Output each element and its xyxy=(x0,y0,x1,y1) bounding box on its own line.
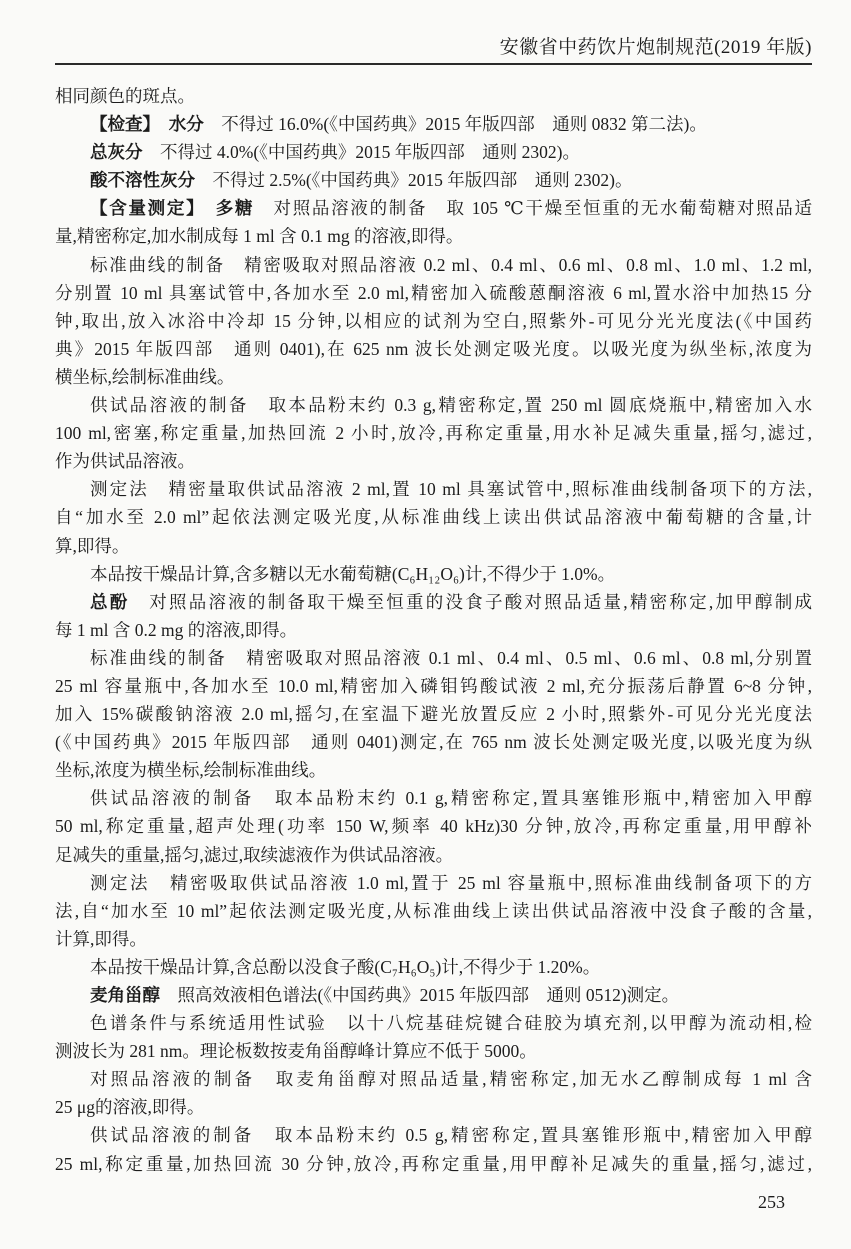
text-run: 25 ml 容量瓶中,各加水至 10.0 ml,精密加入磷钼钨酸试液 2 ml,… xyxy=(55,676,812,696)
text-run: 50 ml,称定重量,超声处理(功率 150 W,频率 40 kHz)30 分钟… xyxy=(55,816,812,836)
document-body: 相同颜色的斑点。【检查】 水分 不得过 16.0%(《中国药典》2015 年版四… xyxy=(55,82,812,1178)
text-run: 本品按干燥品计算,含多糖以无水葡萄糖(C₆H₁₂O₆)计,不得少于 1.0%。 xyxy=(90,564,615,584)
text-run: 测定法 精密吸取供试品溶液 1.0 ml,置于 25 ml 容量瓶中,照标准曲线… xyxy=(90,873,812,893)
text-run: 典》2015 年版四部 通则 0401),在 625 nm 波长处测定吸光度。以… xyxy=(55,339,812,359)
text-line: 总灰分 不得过 4.0%(《中国药典》2015 年版四部 通则 2302)。 xyxy=(55,138,812,166)
text-line: 加入 15%碳酸钠溶液 2.0 ml,摇匀,在室温下避光放置反应 2 小时,照紫… xyxy=(55,700,812,728)
text-run: 色谱条件与系统适用性试验 以十八烷基硅烷键合硅胶为填充剂,以甲醇为流动相,检 xyxy=(90,1013,812,1033)
text-line: 25 μg的溶液,即得。 xyxy=(55,1093,812,1121)
page-number: 253 xyxy=(55,1192,785,1213)
text-line: 法,自“加水至 10 ml”起依法测定吸光度,从标准曲线上读出供试品溶液中没食子… xyxy=(55,897,812,925)
text-line: 每 1 ml 含 0.2 mg 的溶液,即得。 xyxy=(55,616,812,644)
text-line: 测定法 精密吸取供试品溶液 1.0 ml,置于 25 ml 容量瓶中,照标准曲线… xyxy=(55,869,812,897)
text-line: 麦角甾醇 照高效液相色谱法(《中国药典》2015 年版四部 通则 0512)测定… xyxy=(55,981,812,1009)
text-line: 算,即得。 xyxy=(55,532,812,560)
text-line: 本品按干燥品计算,含总酚以没食子酸(C₇H₆O₅)计,不得少于 1.20%。 xyxy=(55,953,812,981)
text-line: 分别置 10 ml 具塞试管中,各加水至 2.0 ml,精密加入硫酸蒽酮溶液 6… xyxy=(55,279,812,307)
text-run: 不得过 2.5%(《中国药典》2015 年版四部 通则 2302)。 xyxy=(195,170,632,190)
text-line: 供试品溶液的制备 取本品粉末约 0.1 g,精密称定,置具塞锥形瓶中,精密加入甲… xyxy=(55,784,812,812)
text-line: 100 ml,密塞,称定重量,加热回流 2 小时,放冷,再称定重量,用水补足减失… xyxy=(55,419,812,447)
text-run: 供试品溶液的制备 取本品粉末约 0.1 g,精密称定,置具塞锥形瓶中,精密加入甲… xyxy=(90,788,812,808)
text-line: 色谱条件与系统适用性试验 以十八烷基硅烷键合硅胶为填充剂,以甲醇为流动相,检 xyxy=(55,1009,812,1037)
text-run: 标准曲线的制备 精密吸取对照品溶液 0.1 ml、0.4 ml、0.5 ml、0… xyxy=(90,648,812,668)
text-run: 25 ml,称定重量,加热回流 30 分钟,放冷,再称定重量,用甲醇补足减失的重… xyxy=(55,1154,812,1174)
text-line: 【含量测定】 多糖 对照品溶液的制备 取 105 ℃干燥至恒重的无水葡萄糖对照品… xyxy=(55,194,812,222)
text-line: 典》2015 年版四部 通则 0401),在 625 nm 波长处测定吸光度。以… xyxy=(55,335,812,363)
text-run: 分别置 10 ml 具塞试管中,各加水至 2.0 ml,精密加入硫酸蒽酮溶液 6… xyxy=(55,283,812,303)
text-run: 25 μg的溶液,即得。 xyxy=(55,1097,204,1117)
text-line: 标准曲线的制备 精密吸取对照品溶液 0.2 ml、0.4 ml、0.6 ml、0… xyxy=(55,251,812,279)
text-run: 加入 15%碳酸钠溶液 2.0 ml,摇匀,在室温下避光放置反应 2 小时,照紫… xyxy=(55,704,812,724)
text-run: 相同颜色的斑点。 xyxy=(55,86,195,106)
text-run: 钟,取出,放入冰浴中冷却 15 分钟,以相应的试剂为空白,照紫外-可见分光光度法… xyxy=(55,311,812,331)
text-line: 总酚 对照品溶液的制备取干燥至恒重的没食子酸对照品适量,精密称定,加甲醇制成 xyxy=(55,588,812,616)
text-run: 标准曲线的制备 精密吸取对照品溶液 0.2 ml、0.4 ml、0.6 ml、0… xyxy=(90,255,812,275)
page-header: 安徽省中药饮片炮制规范(2019 年版) xyxy=(55,32,812,59)
text-line: 供试品溶液的制备 取本品粉末约 0.5 g,精密称定,置具塞锥形瓶中,精密加入甲… xyxy=(55,1121,812,1149)
text-line: 【检查】 水分 不得过 16.0%(《中国药典》2015 年版四部 通则 083… xyxy=(55,110,812,138)
bold-heading: 总酚 xyxy=(90,592,130,612)
text-line: 量,精密称定,加水制成每 1 ml 含 0.1 mg 的溶液,即得。 xyxy=(55,222,812,250)
text-line: 足减失的重量,摇匀,滤过,取续滤液作为供试品溶液。 xyxy=(55,841,812,869)
text-run: 每 1 ml 含 0.2 mg 的溶液,即得。 xyxy=(55,620,297,640)
text-line: 作为供试品溶液。 xyxy=(55,447,812,475)
text-run: 坐标,浓度为横坐标,绘制标准曲线。 xyxy=(55,760,326,780)
text-run: 对照品溶液的制备 取 105 ℃干燥至恒重的无水葡萄糖对照品适 xyxy=(254,198,812,218)
text-run: 足减失的重量,摇匀,滤过,取续滤液作为供试品溶液。 xyxy=(55,845,453,865)
text-run: 100 ml,密塞,称定重量,加热回流 2 小时,放冷,再称定重量,用水补足减失… xyxy=(55,423,812,443)
text-run: 供试品溶液的制备 取本品粉末约 0.5 g,精密称定,置具塞锥形瓶中,精密加入甲… xyxy=(90,1125,812,1145)
text-run: 不得过 16.0%(《中国药典》2015 年版四部 通则 0832 第二法)。 xyxy=(204,114,707,134)
text-line: 相同颜色的斑点。 xyxy=(55,82,812,110)
document-page: 安徽省中药饮片炮制规范(2019 年版) 相同颜色的斑点。【检查】 水分 不得过… xyxy=(0,0,851,1249)
bold-heading: 酸不溶性灰分 xyxy=(90,170,195,190)
text-line: 本品按干燥品计算,含多糖以无水葡萄糖(C₆H₁₂O₆)计,不得少于 1.0%。 xyxy=(55,560,812,588)
text-run: 不得过 4.0%(《中国药典》2015 年版四部 通则 2302)。 xyxy=(143,142,580,162)
text-run: 计算,即得。 xyxy=(55,929,147,949)
text-line: (《中国药典》2015 年版四部 通则 0401)测定,在 765 nm 波长处… xyxy=(55,728,812,756)
text-line: 50 ml,称定重量,超声处理(功率 150 W,频率 40 kHz)30 分钟… xyxy=(55,812,812,840)
bold-heading: 【检查】 水分 xyxy=(90,114,204,134)
running-title: 安徽省中药饮片炮制规范(2019 年版) xyxy=(500,37,812,58)
text-run: 对照品溶液的制备 取麦角甾醇对照品适量,精密称定,加无水乙醇制成每 1 ml 含 xyxy=(90,1069,812,1089)
text-run: 照高效液相色谱法(《中国药典》2015 年版四部 通则 0512)测定。 xyxy=(160,985,679,1005)
text-line: 计算,即得。 xyxy=(55,925,812,953)
text-run: 作为供试品溶液。 xyxy=(55,451,195,471)
text-line: 测波长为 281 nm。理论板数按麦角甾醇峰计算应不低于 5000。 xyxy=(55,1037,812,1065)
text-run: 对照品溶液的制备取干燥至恒重的没食子酸对照品适量,精密称定,加甲醇制成 xyxy=(130,592,813,612)
text-line: 25 ml,称定重量,加热回流 30 分钟,放冷,再称定重量,用甲醇补足减失的重… xyxy=(55,1150,812,1178)
header-rule xyxy=(55,63,812,65)
bold-heading: 【含量测定】 多糖 xyxy=(90,198,254,218)
text-line: 标准曲线的制备 精密吸取对照品溶液 0.1 ml、0.4 ml、0.5 ml、0… xyxy=(55,644,812,672)
text-run: 本品按干燥品计算,含总酚以没食子酸(C₇H₆O₅)计,不得少于 1.20%。 xyxy=(90,957,600,977)
text-line: 对照品溶液的制备 取麦角甾醇对照品适量,精密称定,加无水乙醇制成每 1 ml 含 xyxy=(55,1065,812,1093)
text-line: 25 ml 容量瓶中,各加水至 10.0 ml,精密加入磷钼钨酸试液 2 ml,… xyxy=(55,672,812,700)
text-run: (《中国药典》2015 年版四部 通则 0401)测定,在 765 nm 波长处… xyxy=(55,732,812,752)
text-line: 横坐标,绘制标准曲线。 xyxy=(55,363,812,391)
text-line: 供试品溶液的制备 取本品粉末约 0.3 g,精密称定,置 250 ml 圆底烧瓶… xyxy=(55,391,812,419)
text-run: 法,自“加水至 10 ml”起依法测定吸光度,从标准曲线上读出供试品溶液中没食子… xyxy=(55,901,812,921)
text-run: 算,即得。 xyxy=(55,536,129,556)
text-run: 自“加水至 2.0 ml”起依法测定吸光度,从标准曲线上读出供试品溶液中葡萄糖的… xyxy=(55,507,812,527)
text-run: 测定法 精密量取供试品溶液 2 ml,置 10 ml 具塞试管中,照标准曲线制备… xyxy=(90,479,812,499)
text-run: 供试品溶液的制备 取本品粉末约 0.3 g,精密称定,置 250 ml 圆底烧瓶… xyxy=(90,395,812,415)
text-run: 量,精密称定,加水制成每 1 ml 含 0.1 mg 的溶液,即得。 xyxy=(55,226,463,246)
text-line: 测定法 精密量取供试品溶液 2 ml,置 10 ml 具塞试管中,照标准曲线制备… xyxy=(55,475,812,503)
text-run: 测波长为 281 nm。理论板数按麦角甾醇峰计算应不低于 5000。 xyxy=(55,1041,537,1061)
bold-heading: 麦角甾醇 xyxy=(90,985,160,1005)
text-line: 钟,取出,放入冰浴中冷却 15 分钟,以相应的试剂为空白,照紫外-可见分光光度法… xyxy=(55,307,812,335)
text-run: 横坐标,绘制标准曲线。 xyxy=(55,367,234,387)
text-line: 自“加水至 2.0 ml”起依法测定吸光度,从标准曲线上读出供试品溶液中葡萄糖的… xyxy=(55,503,812,531)
text-line: 酸不溶性灰分 不得过 2.5%(《中国药典》2015 年版四部 通则 2302)… xyxy=(55,166,812,194)
text-line: 坐标,浓度为横坐标,绘制标准曲线。 xyxy=(55,756,812,784)
bold-heading: 总灰分 xyxy=(90,142,143,162)
